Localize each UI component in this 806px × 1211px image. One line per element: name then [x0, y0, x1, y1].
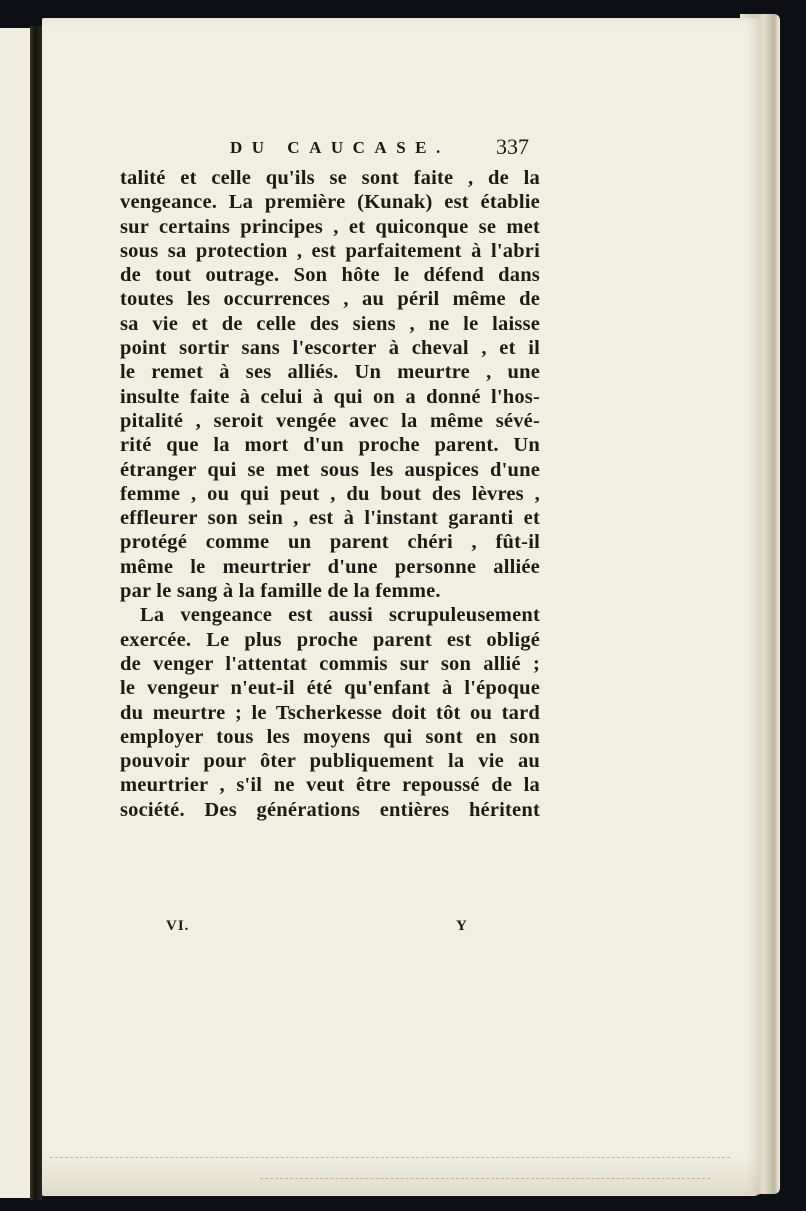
- text-line: le vengeur n'eut-il été qu'enfant à l'ép…: [120, 676, 540, 700]
- text-line: point sortir sans l'escorter à cheval , …: [120, 336, 540, 360]
- text-line: sa vie et de celle des siens , ne le lai…: [120, 312, 540, 336]
- text-line: sur certains principes , et quiconque se…: [120, 215, 540, 239]
- text-line: exercée. Le plus proche parent est oblig…: [120, 628, 540, 652]
- text-line: société. Des générations entières hérite…: [120, 798, 540, 822]
- text-line: de venger l'attentat commis sur son alli…: [120, 652, 540, 676]
- text-line: par le sang à la famille de la femme.: [120, 579, 540, 603]
- text-line: meurtrier , s'il ne veut être repoussé d…: [120, 773, 540, 797]
- page-footer: VI. Y: [0, 918, 806, 940]
- facing-page-edge: [0, 28, 32, 1198]
- text-line: effleurer son sein , est à l'instant gar…: [120, 506, 540, 530]
- text-line: le remet à ses alliés. Un meurtre , une: [120, 360, 540, 384]
- running-head-title: DU CAUCASE.: [230, 138, 450, 158]
- text-line: femme , ou qui peut , du bout des lèvres…: [120, 482, 540, 506]
- running-head: DU CAUCASE. 337: [0, 138, 806, 162]
- paragraph-start-line: La vengeance est aussi scrupuleusement: [120, 603, 540, 627]
- text-line: rité que la mort d'un proche parent. Un: [120, 433, 540, 457]
- text-line: même le meurtrier d'une personne alliée: [120, 555, 540, 579]
- signature-mark: Y: [456, 918, 467, 935]
- text-line: de tout outrage. Son hôte le défend dans: [120, 263, 540, 287]
- text-line: talité et celle qu'ils se sont faite , d…: [120, 166, 540, 190]
- text-line: pouvoir pour ôter publiquement la vie au: [120, 749, 540, 773]
- paper-crease: [260, 1178, 710, 1180]
- text-line: pitalité , seroit vengée avec la même sé…: [120, 409, 540, 433]
- text-line: étranger qui se met sous les auspices d'…: [120, 458, 540, 482]
- book-gutter: [30, 26, 42, 1200]
- body-text: talité et celle qu'ils se sont faite , d…: [120, 166, 540, 822]
- text-line: protégé comme un parent chéri , fût-il: [120, 530, 540, 554]
- volume-marker: VI.: [166, 918, 189, 935]
- text-line: vengeance. La première (Kunak) est établ…: [120, 190, 540, 214]
- text-line: toutes les occurrences , au péril même d…: [120, 287, 540, 311]
- paper-crease: [50, 1157, 730, 1159]
- text-line: insulte faite à celui à qui on a donné l…: [120, 385, 540, 409]
- text-line: employer tous les moyens qui sont en son: [120, 725, 540, 749]
- text-line: du meurtre ; le Tscherkesse doit tôt ou …: [120, 701, 540, 725]
- page-number: 337: [496, 134, 529, 160]
- text-line: sous sa protection , est parfaitement à …: [120, 239, 540, 263]
